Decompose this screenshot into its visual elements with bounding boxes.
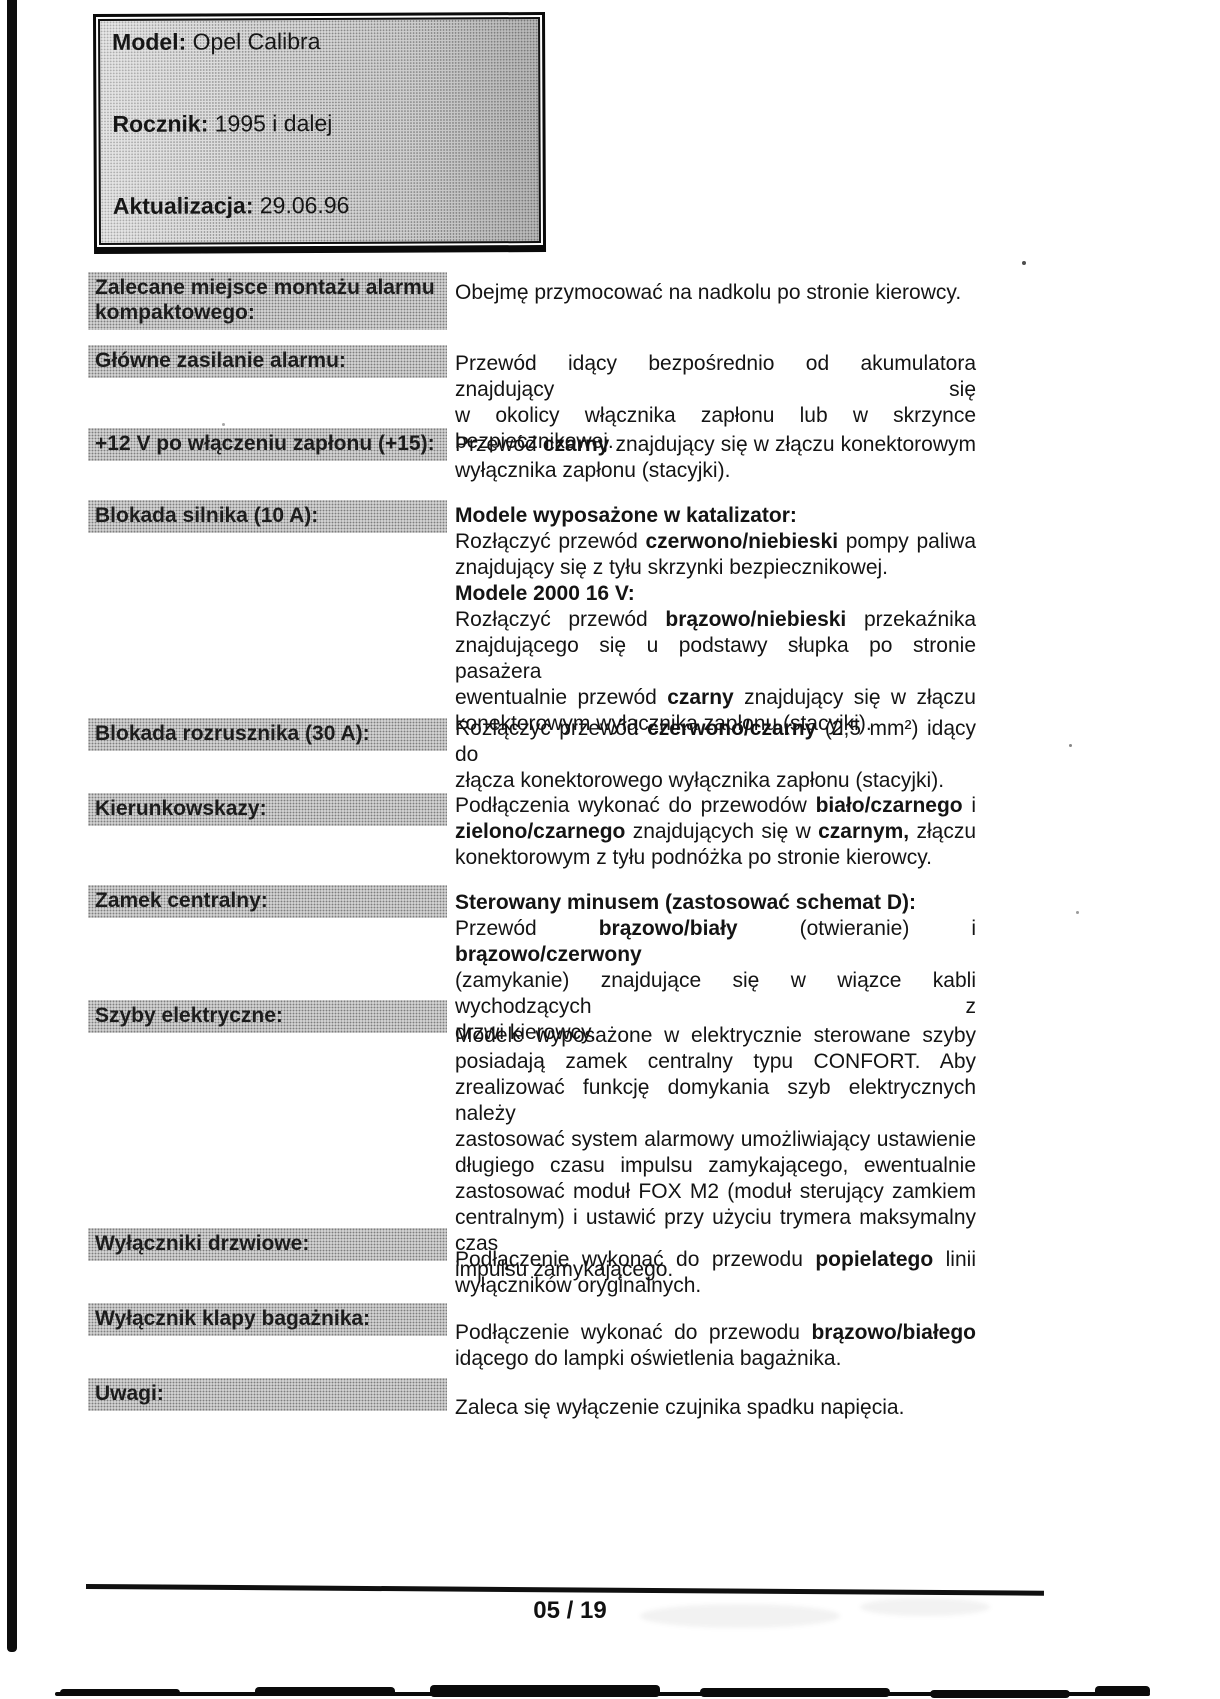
pencil-smudge — [860, 1598, 990, 1616]
text-line: znajdujący się z tyłu skrzynki bezpieczn… — [455, 555, 976, 581]
section-content: Obejmę przymocować na nadkolu po stronie… — [455, 280, 976, 306]
section-content: Podłączenie wykonać do przewodu brązowo/… — [455, 1320, 976, 1372]
scan-edge-left-bar — [7, 0, 17, 1652]
section-label: Wyłączniki drzwiowe: — [88, 1228, 447, 1261]
text-line: Przewód brązowo/biały (otwieranie) i brą… — [455, 916, 976, 968]
text-line: Modele wyposażone w katalizator: — [455, 503, 976, 529]
scanned-document-page: Model: Opel Calibra Rocznik: 1995 i dale… — [0, 0, 1220, 1699]
page-number: 05 / 19 — [470, 1597, 670, 1625]
section-label: Zalecane miejsce montażu alarmukompaktow… — [88, 272, 447, 330]
text-line: Przewód czarny znajdujący się w złączu k… — [455, 432, 976, 458]
text-line: Podłączenie wykonać do przewodu popielat… — [455, 1247, 976, 1273]
vehicle-info-box-fill: Model: Opel Calibra Rocznik: 1995 i dale… — [98, 17, 541, 245]
section-label: Kierunkowskazy: — [88, 793, 447, 826]
section-label: Główne zasilanie alarmu: — [88, 345, 447, 378]
section-label-text: Blokada silnika (10 A): — [95, 504, 318, 527]
text-line: konektorowym z tyłu podnóżka po stronie … — [455, 845, 976, 871]
model-line: Model: Opel Calibra — [112, 28, 320, 56]
text-line: Modele 2000 16 V: — [455, 581, 976, 607]
section-content: Rozłączyć przewód czerwono/czarny (2,5 m… — [455, 716, 976, 794]
scan-mark — [430, 1685, 660, 1697]
update-value: 29.06.96 — [260, 192, 350, 218]
scan-mark — [255, 1687, 395, 1696]
text-line: Modele wyposażone w elektrycznie sterowa… — [455, 1023, 976, 1049]
section-content: Modele wyposażone w katalizator:Rozłączy… — [455, 503, 976, 737]
text-line: w okolicy włącznika zapłonu lub w skrzyn… — [455, 403, 976, 429]
section-label: Blokada silnika (10 A): — [88, 500, 447, 533]
section-label-text: Wyłączniki drzwiowe: — [95, 1232, 309, 1255]
scan-mark — [930, 1690, 1070, 1698]
scan-mark — [700, 1688, 890, 1697]
year-line: Rocznik: 1995 i dalej — [112, 110, 332, 138]
text-line: długiego czasu impulsu zamykającego, ewe… — [455, 1153, 976, 1179]
section-content: Podłączenie wykonać do przewodu popielat… — [455, 1247, 976, 1299]
pencil-smudge — [640, 1604, 840, 1628]
text-line: wyłączników oryginalnych. — [455, 1273, 976, 1299]
update-line: Aktualizacja: 29.06.96 — [113, 192, 350, 220]
text-line: Sterowany minusem (zastosować schemat D)… — [455, 890, 976, 916]
section-label-text: Kierunkowskazy: — [95, 797, 267, 820]
section-label-text: Uwagi: — [95, 1382, 164, 1405]
section-label-text: Główne zasilanie alarmu: — [95, 349, 346, 372]
text-line: Obejmę przymocować na nadkolu po stronie… — [455, 280, 976, 306]
scan-mark — [1095, 1686, 1150, 1696]
text-line: Zaleca się wyłączenie czujnika spadku na… — [455, 1395, 976, 1421]
section-label-text: Zalecane miejsce montażu alarmukompaktow… — [95, 276, 435, 324]
scan-speck — [1022, 261, 1026, 265]
text-line: posiadają zamek centralny typu CONFORT. … — [455, 1049, 976, 1075]
section-label: Wyłącznik klapy bagażnika: — [88, 1303, 447, 1336]
section-label-text: +12 V po włączeniu zapłonu (+15): — [95, 432, 435, 455]
vehicle-info-box: Model: Opel Calibra Rocznik: 1995 i dale… — [93, 12, 546, 254]
scan-speck — [222, 423, 225, 426]
scan-speck — [1069, 744, 1072, 747]
model-value: Opel Calibra — [193, 28, 321, 55]
section-label-text: Blokada rozrusznika (30 A): — [95, 722, 370, 745]
section-label: +12 V po włączeniu zapłonu (+15): — [88, 428, 447, 461]
text-line: idącego do lampki oświetlenia bagażnika. — [455, 1346, 976, 1372]
scan-mark — [60, 1689, 180, 1696]
section-label: Uwagi: — [88, 1378, 447, 1411]
text-line: Podłączenie wykonać do przewodu brązowo/… — [455, 1320, 976, 1346]
section-content: Modele wyposażone w elektrycznie sterowa… — [455, 1023, 976, 1283]
model-label: Model: — [112, 29, 186, 55]
year-value: 1995 i dalej — [215, 110, 333, 137]
text-line: Rozłączyć przewód brązowo/niebieski prze… — [455, 607, 976, 633]
section-label-text: Wyłącznik klapy bagażnika: — [95, 1307, 370, 1330]
section-label: Szyby elektryczne: — [88, 1000, 447, 1033]
text-line: zastosować moduł FOX M2 (moduł sterujący… — [455, 1179, 976, 1205]
scan-speck — [1076, 911, 1079, 914]
update-label: Aktualizacja: — [113, 192, 254, 219]
text-line: Podłączenia wykonać do przewodów biało/c… — [455, 793, 976, 819]
text-line: wyłącznika zapłonu (stacyjki). — [455, 458, 976, 484]
year-label: Rocznik: — [112, 110, 208, 136]
section-label: Zamek centralny: — [88, 885, 447, 918]
text-line: zielono/czarnego znajdujących się w czar… — [455, 819, 976, 845]
text-line: zrealizować funkcję domykania szyb elekt… — [455, 1075, 976, 1127]
section-label-text: Szyby elektryczne: — [95, 1004, 283, 1027]
section-label-text: Zamek centralny: — [95, 889, 268, 912]
text-line: znajdującego się u podstawy słupka po st… — [455, 633, 976, 685]
text-line: Rozłączyć przewód czerwono/czarny (2,5 m… — [455, 716, 976, 768]
section-content: Przewód czarny znajdujący się w złączu k… — [455, 432, 976, 484]
text-line: (zamykanie) znajdujące się w wiązce kabl… — [455, 968, 976, 1020]
footer-divider-line — [86, 1584, 1044, 1596]
text-line: Rozłączyć przewód czerwono/niebieski pom… — [455, 529, 976, 555]
text-line: Przewód idący bezpośrednio od akumulator… — [455, 351, 976, 403]
section-content: Zaleca się wyłączenie czujnika spadku na… — [455, 1395, 976, 1421]
text-line: zastosować system alarmowy umożliwiający… — [455, 1127, 976, 1153]
text-line: złącza konektorowego wyłącznika zapłonu … — [455, 768, 976, 794]
text-line: ewentualnie przewód czarny znajdujący si… — [455, 685, 976, 711]
section-label: Blokada rozrusznika (30 A): — [88, 718, 447, 751]
section-content: Podłączenia wykonać do przewodów biało/c… — [455, 793, 976, 871]
